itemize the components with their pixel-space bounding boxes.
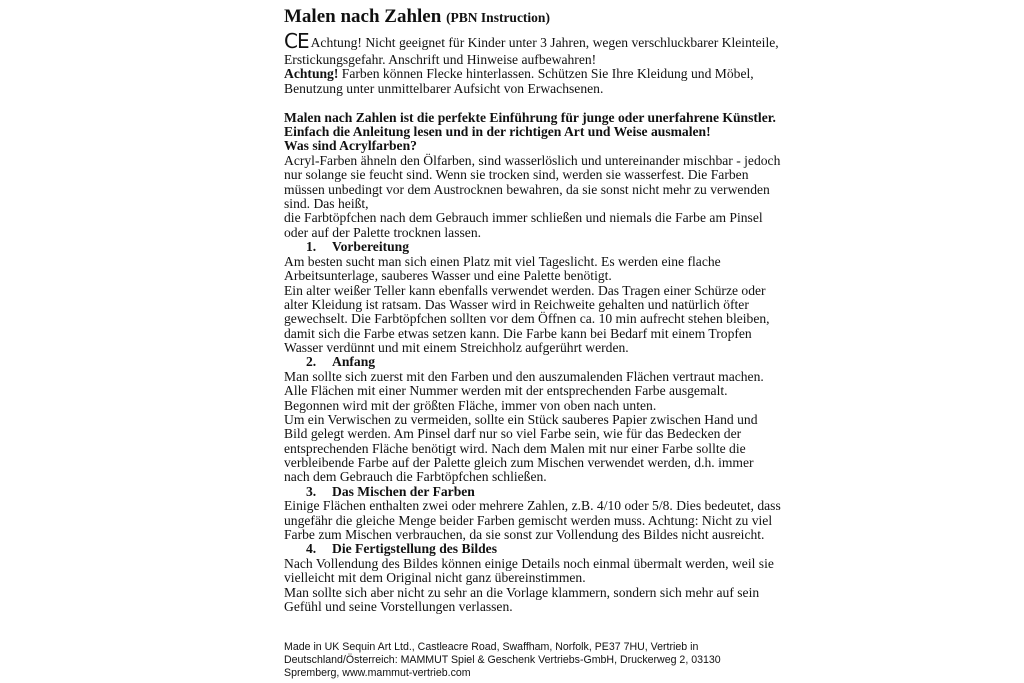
warning2-line-1: Achtung! Farben können Flecke hinterlass…	[284, 67, 754, 81]
section-2-line: Alle Flächen mit einer Nummer werden mit…	[284, 384, 728, 398]
ce-mark-icon: CE	[284, 29, 309, 53]
section-3-line: Einige Flächen enthalten zwei oder mehre…	[284, 499, 781, 513]
section-2-line: Bild gelegt werden. Am Pinsel darf nur s…	[284, 427, 741, 441]
section-4-line: vielleicht mit dem Original nicht ganz ü…	[284, 571, 586, 585]
section-1-line: gewechselt. Die Farbtöpfchen sollten vor…	[284, 312, 770, 326]
section-heading-1: 1.Vorbereitung	[284, 240, 409, 254]
document-title: Malen nach Zahlen (PBN Instruction)	[284, 6, 550, 28]
footer-line: Deutschland/Österreich: MAMMUT Spiel & G…	[284, 654, 764, 667]
acryl-line: nur solange sie feucht sind. Wenn sie tr…	[284, 168, 749, 182]
footer-imprint: Made in UK Sequin Art Ltd., Castleacre R…	[284, 641, 764, 681]
title-main: Malen nach Zahlen	[284, 6, 441, 27]
section-heading-4: 4.Die Fertigstellung des Bildes	[284, 542, 497, 556]
acryl-line: die Farbtöpfchen nach dem Gebrauch immer…	[284, 211, 763, 225]
footer-line: Made in UK Sequin Art Ltd., Castleacre R…	[284, 641, 764, 654]
warning-line-1: CEAchtung! Nicht geeignet für Kinder unt…	[284, 34, 779, 50]
warning2-line-2: Benutzung unter unmittelbarer Aufsicht v…	[284, 82, 603, 96]
section-4-line: Gefühl und seine Vorstellungen verlassen…	[284, 600, 513, 614]
acryl-heading: Was sind Acrylfarben?	[284, 139, 417, 153]
title-subtitle: (PBN Instruction)	[446, 10, 550, 25]
footer-line: Spremberg, www.mammut-vertrieb.com	[284, 667, 764, 680]
section-1-line: Arbeitsunterlage, sauberes Wasser und ei…	[284, 269, 612, 283]
section-heading-2: 2.Anfang	[284, 355, 375, 369]
section-2-line: nach dem Gebrauch die Farbtöpfchen schli…	[284, 470, 547, 484]
